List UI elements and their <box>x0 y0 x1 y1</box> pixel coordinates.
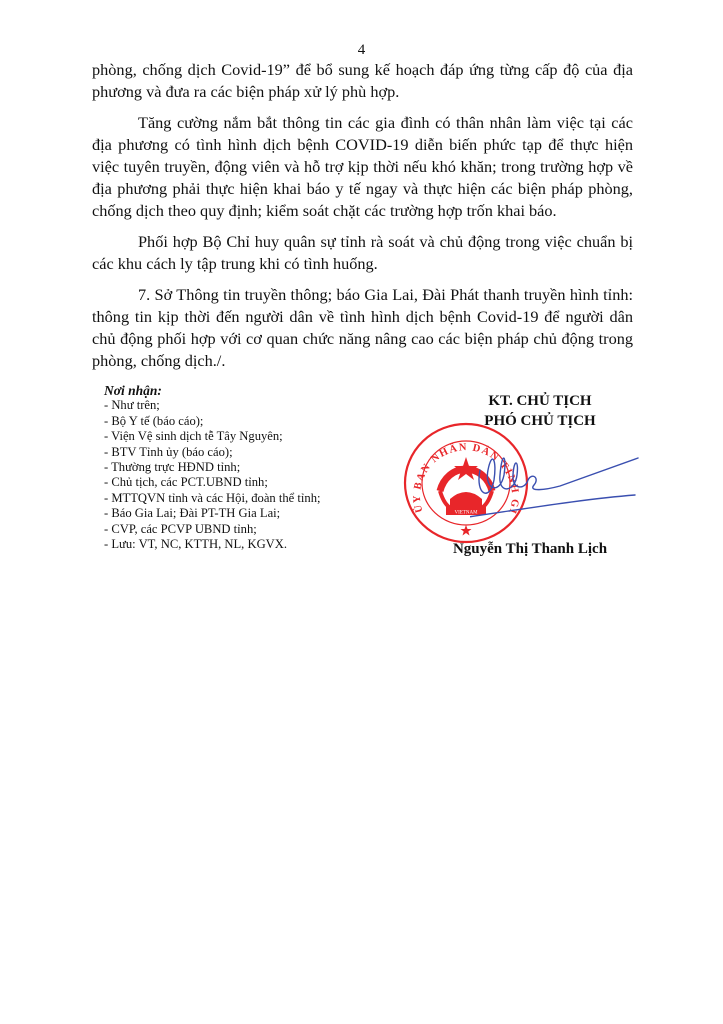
recipient-item: - Chủ tịch, các PCT.UBND tỉnh; <box>104 475 321 490</box>
paragraph-item-7: 7. Sở Thông tin truyền thông; báo Gia La… <box>92 284 633 372</box>
signature-title-line1: KT. CHỦ TỊCH <box>440 391 640 411</box>
recipient-item: - Như trên; <box>104 398 321 413</box>
paragraph-monitoring: Tăng cường nắm bắt thông tin các gia đìn… <box>92 112 633 222</box>
recipient-item: - BTV Tỉnh ủy (báo cáo); <box>104 445 321 460</box>
recipient-item: - MTTQVN tỉnh và các Hội, đoàn thể tỉnh; <box>104 491 321 506</box>
paragraph-continuation: phòng, chống dịch Covid-19” để bổ sung k… <box>92 59 633 103</box>
recipient-item: - Viện Vệ sinh dịch tễ Tây Nguyên; <box>104 429 321 444</box>
recipient-item: - Bộ Y tế (báo cáo); <box>104 414 321 429</box>
recipients-list: Nơi nhận: - Như trên;- Bộ Y tế (báo cáo)… <box>104 383 321 552</box>
handwritten-signature-icon <box>470 440 640 550</box>
recipient-item: - Báo Gia Lai; Đài PT-TH Gia Lai; <box>104 506 321 521</box>
recipient-item: - Thường trực HĐND tỉnh; <box>104 460 321 475</box>
signer-name: Nguyễn Thị Thanh Lịch <box>420 541 640 558</box>
paragraph-military-coordination: Phối hợp Bộ Chỉ huy quân sự tỉnh rà soát… <box>92 231 633 275</box>
recipient-item: - CVP, các PCVP UBND tỉnh; <box>104 522 321 537</box>
recipients-items: - Như trên;- Bộ Y tế (báo cáo);- Viện Vệ… <box>104 398 321 552</box>
recipient-item: - Lưu: VT, NC, KTTH, NL, KGVX. <box>104 537 321 552</box>
page-number: 4 <box>0 42 723 59</box>
recipients-title: Nơi nhận: <box>104 383 321 398</box>
document-body: phòng, chống dịch Covid-19” để bổ sung k… <box>92 59 633 381</box>
